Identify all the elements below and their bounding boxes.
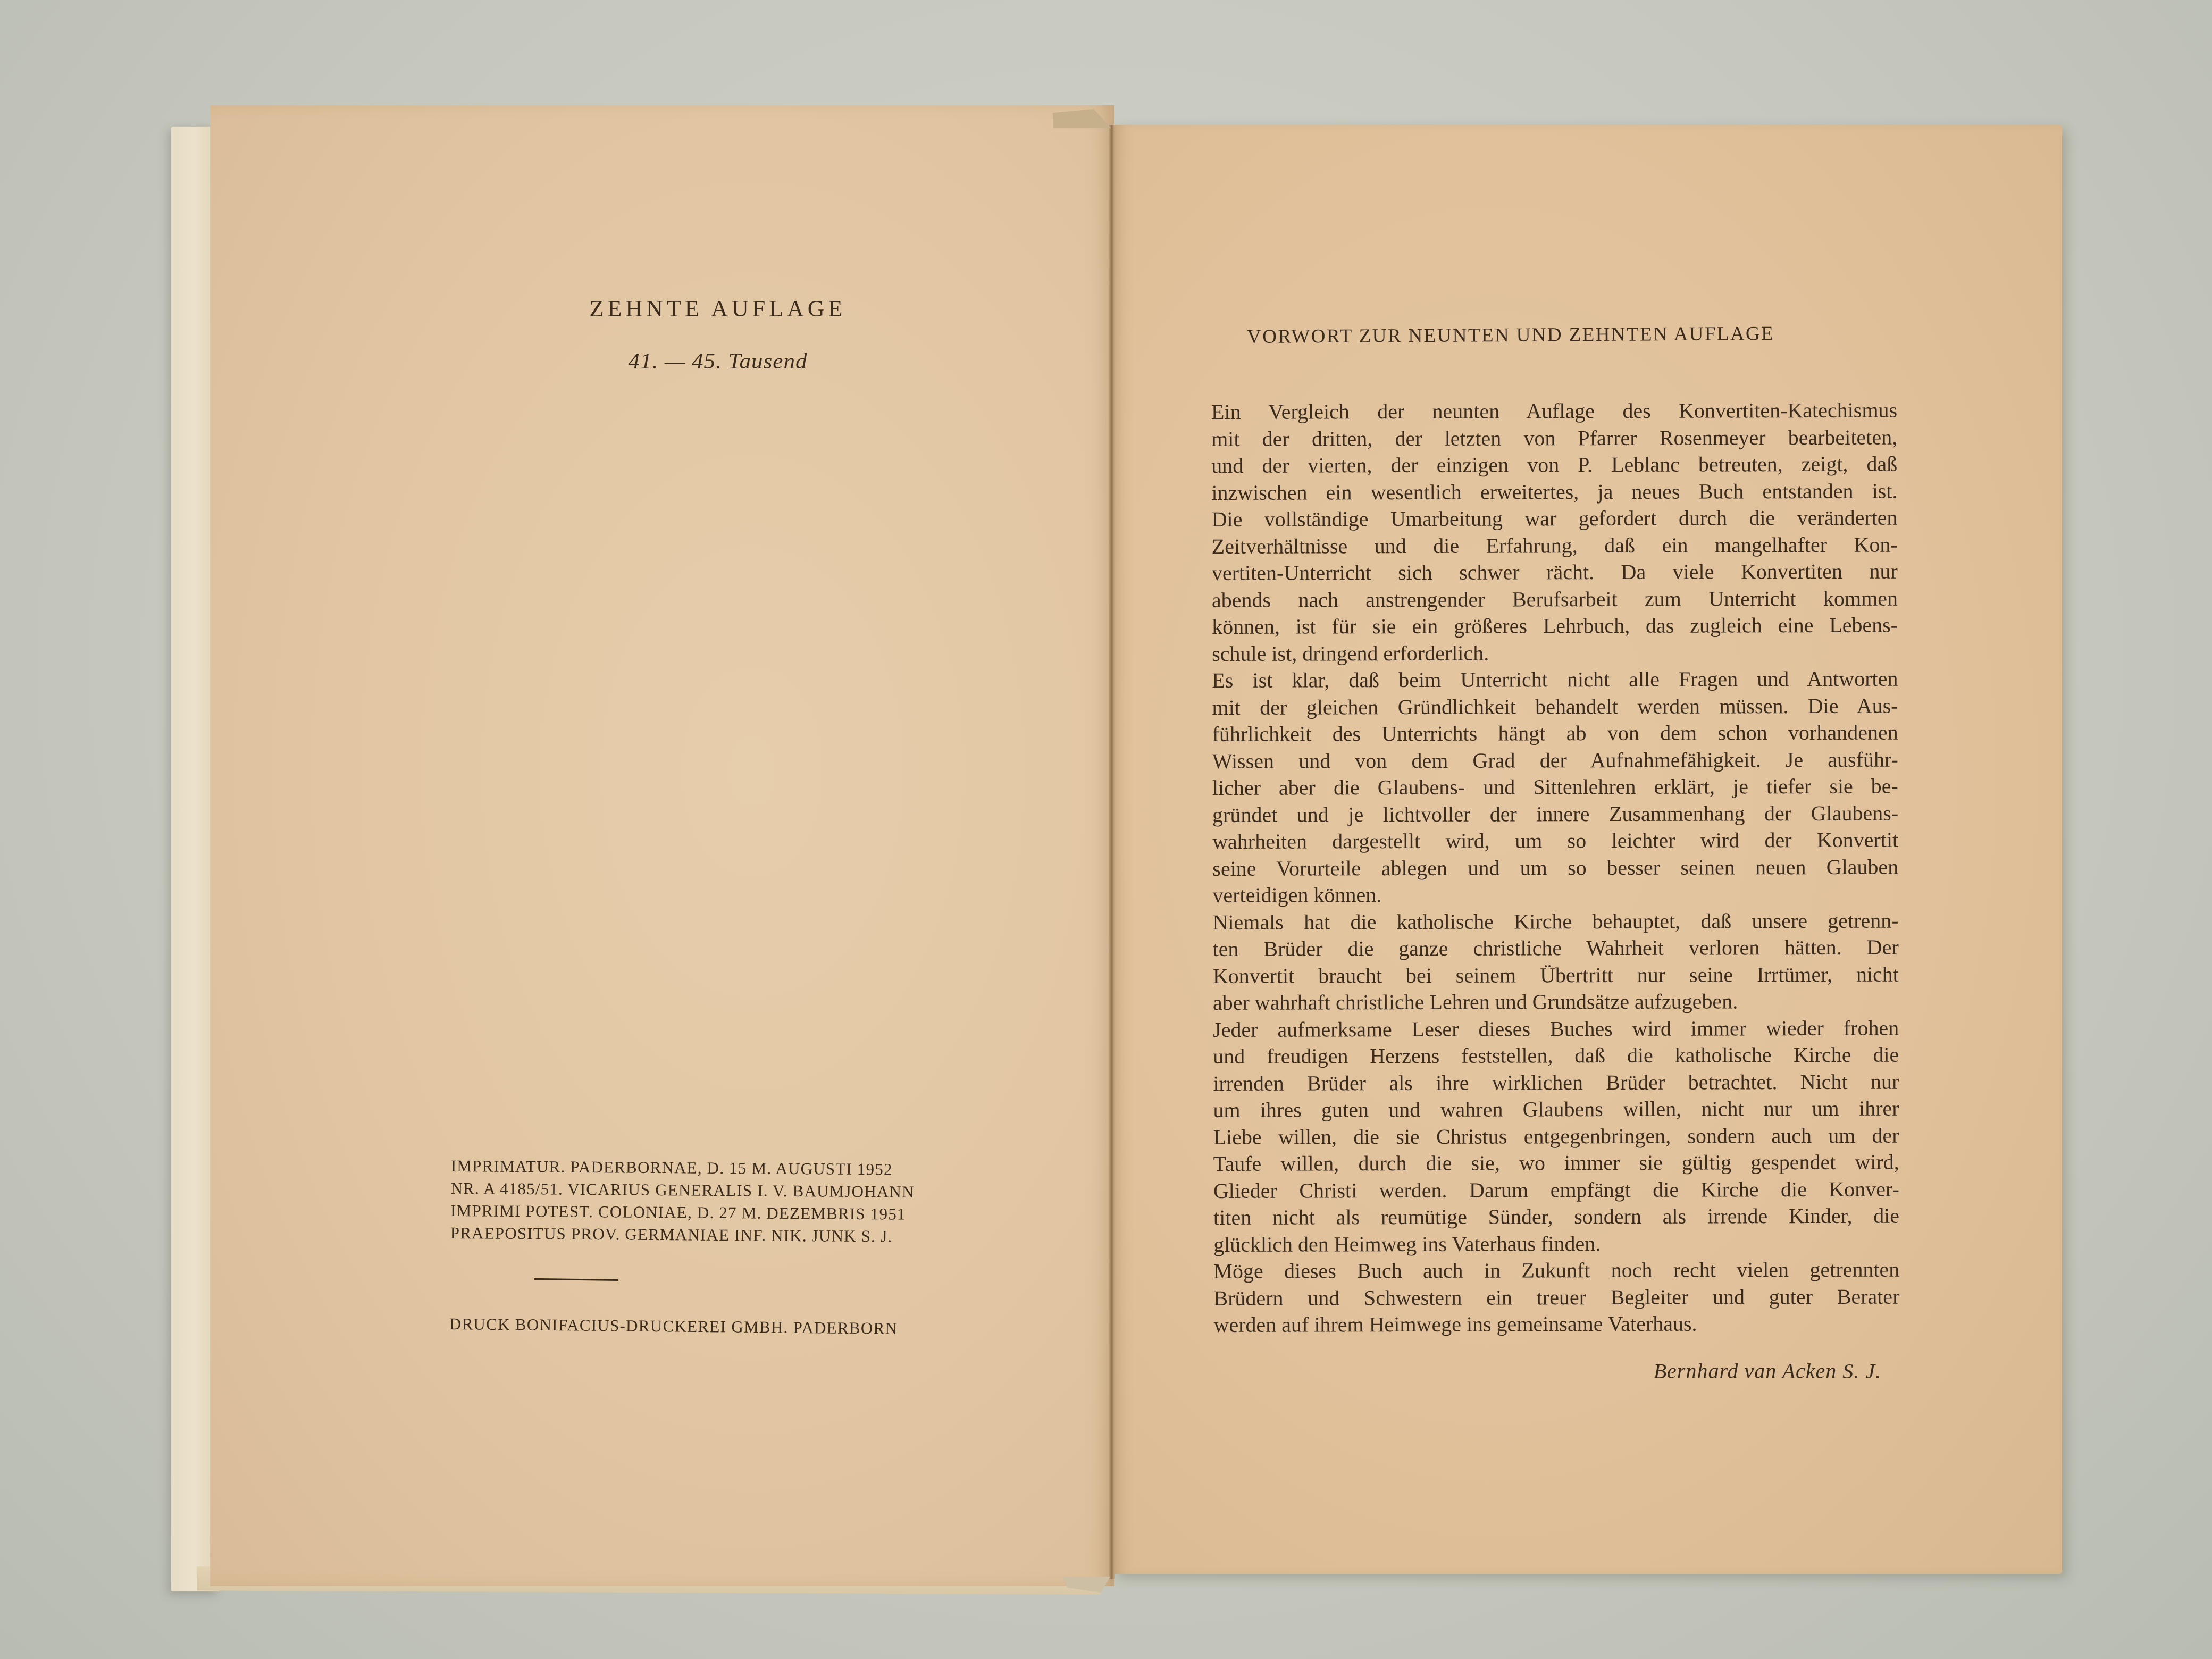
text-line: führlichkeit des Unterrichts hängt ab vo… xyxy=(1212,719,1898,748)
text-line: titen nicht als reumütige Sünder, sonder… xyxy=(1213,1203,1899,1231)
text-line: ten Brüder die ganze christliche Wahrhei… xyxy=(1213,934,1899,963)
text-line: können, ist für sie ein größeres Lehrbuc… xyxy=(1212,612,1898,641)
text-line: und freudigen Herzens feststellen, daß d… xyxy=(1213,1042,1899,1070)
text-line: irrenden Brüder als ihre wirklichen Brüd… xyxy=(1213,1068,1899,1097)
paragraph-5: Möge dieses Buch auch in Zukunft noch re… xyxy=(1213,1256,1899,1339)
imprimatur-block: IMPRIMATUR. PADERBORNAE, D. 15 M. AUGUST… xyxy=(450,1155,956,1248)
text-line: Jeder aufmerksame Leser dieses Buches wi… xyxy=(1213,1015,1899,1043)
print-run: 41. — 45. Tausend xyxy=(532,348,904,374)
text-line: inzwischen ein wesentlich erweitertes, j… xyxy=(1211,477,1897,506)
paragraph-4: Jeder aufmerksame Leser dieses Buches wi… xyxy=(1213,1015,1899,1258)
text-line: vertiten-Unterricht sich schwer rächt. D… xyxy=(1212,558,1898,587)
text-line: Zeitverhältnisse und die Erfahrung, daß … xyxy=(1212,531,1898,560)
text-line: Liebe willen, die sie Christus entgegenb… xyxy=(1213,1122,1899,1151)
text-line: Möge dieses Buch auch in Zukunft noch re… xyxy=(1213,1256,1899,1285)
text-line: seine Vorurteile ablegen und um so besse… xyxy=(1212,853,1898,882)
text-line: aber wahrhaft christliche Lehren und Gru… xyxy=(1213,988,1899,1017)
book-gutter xyxy=(1109,125,1115,1579)
imprimatur-line: PRAEPOSITUS PROV. GERMANIAE INF. NIK. JU… xyxy=(450,1222,956,1248)
text-line: Wissen und von dem Grad der Aufnahmefähi… xyxy=(1212,746,1898,775)
text-line: Taufe willen, durch die sie, wo immer si… xyxy=(1213,1149,1899,1178)
text-line: gründet und je lichtvoller der innere Zu… xyxy=(1212,800,1898,828)
text-line: Ein Vergleich der neunten Auflage des Ko… xyxy=(1211,397,1897,426)
text-line: verteidigen können. xyxy=(1212,881,1898,909)
text-line: werden auf ihrem Heimwege ins gemeinsame… xyxy=(1213,1310,1899,1339)
text-line: abends nach anstrengender Berufsarbeit z… xyxy=(1212,585,1898,614)
author-signature: Bernhard van Acken S. J. xyxy=(1605,1359,1881,1384)
imprimatur-line: IMPRIMI POTEST. COLONIAE, D. 27 M. DEZEM… xyxy=(450,1200,956,1226)
imprimatur-line: IMPRIMATUR. PADERBORNAE, D. 15 M. AUGUST… xyxy=(451,1155,956,1181)
text-line: Niemals hat die katholische Kirche behau… xyxy=(1213,907,1899,936)
edition-title: ZEHNTE AUFLAGE xyxy=(532,295,904,322)
text-line: Glieder Christi werden. Darum empfängt d… xyxy=(1213,1176,1899,1204)
text-line: Die vollständige Umarbeitung war geforde… xyxy=(1212,505,1898,533)
text-line: um ihres guten und wahren Glaubens wille… xyxy=(1213,1095,1899,1124)
text-line: Konvertit braucht bei seinem Übertritt n… xyxy=(1213,961,1899,990)
text-line: mit der gleichen Gründlichkeit behandelt… xyxy=(1212,692,1898,721)
text-line: glücklich den Heimweg ins Vaterhaus find… xyxy=(1213,1229,1899,1258)
text-line: schule ist, dringend erforderlich. xyxy=(1212,639,1898,667)
text-line: Es ist klar, daß beim Unterricht nicht a… xyxy=(1212,666,1898,694)
preface-heading: VORWORT ZUR NEUNTEN UND ZEHNTEN AUFLAGE xyxy=(1247,321,1906,348)
preface-body: Ein Vergleich der neunten Auflage des Ko… xyxy=(1211,397,1900,1339)
text-line: licher aber die Glaubens- und Sittenlehr… xyxy=(1212,773,1898,802)
left-page xyxy=(210,105,1114,1586)
paragraph-2: Es ist klar, daß beim Unterricht nicht a… xyxy=(1212,666,1898,909)
paragraph-3: Niemals hat die katholische Kirche behau… xyxy=(1213,907,1899,1016)
text-line: wahrheiten dargestellt wird, um so leich… xyxy=(1212,827,1898,856)
paragraph-1: Ein Vergleich der neunten Auflage des Ko… xyxy=(1211,397,1898,667)
imprimatur-line: NR. A 4185/51. VICARIUS GENERALIS I. V. … xyxy=(450,1177,956,1203)
text-line: mit der dritten, der letzten von Pfarrer… xyxy=(1211,424,1897,453)
text-line: und der vierten, der einzigen von P. Leb… xyxy=(1211,451,1897,480)
text-line: Brüdern und Schwestern ein treuer Beglei… xyxy=(1213,1283,1899,1312)
